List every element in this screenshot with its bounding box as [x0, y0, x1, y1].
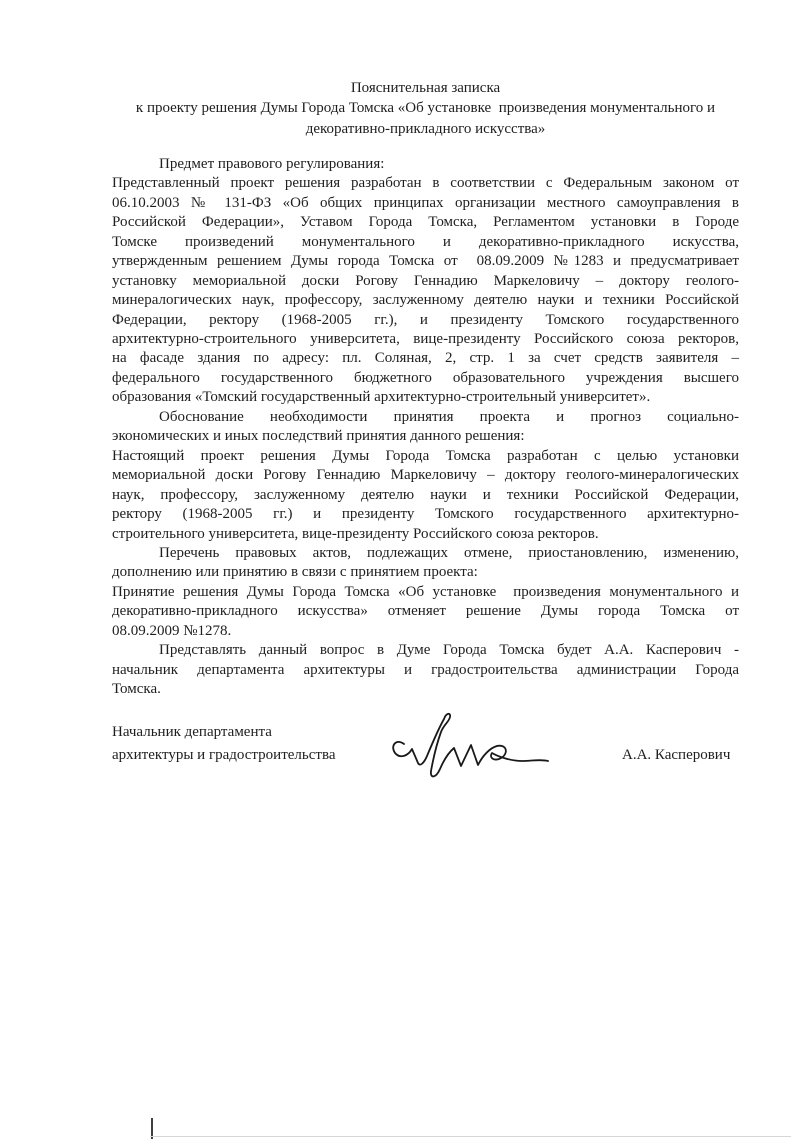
- text-line: Российской Федерации», Уставом Города То…: [112, 213, 739, 232]
- text-line: Предмет правового регулирования:: [112, 155, 739, 174]
- text-line: строительного университета, вице-президе…: [112, 525, 739, 544]
- title-line: Пояснительная записка: [112, 78, 739, 98]
- text-line: Федерации, ректору (1968-2005 гг.), и пр…: [112, 311, 739, 330]
- text-line: федерального государственного бюджетного…: [112, 369, 739, 388]
- signature-scribble: [388, 708, 560, 800]
- text-line: 08.09.2009 №1278.: [112, 622, 739, 641]
- text-line: Обоснование необходимости принятия проек…: [112, 408, 739, 427]
- text-line: Представленный проект решения разработан…: [112, 174, 739, 193]
- text-line: на фасаде здания по адресу: пл. Соляная,…: [112, 349, 739, 368]
- text-line: Представлять данный вопрос в Думе Города…: [112, 641, 739, 660]
- text-line: мемориальной доски Рогову Геннадию Марке…: [112, 466, 739, 485]
- scan-artifact-bottom-line: [150, 1136, 791, 1137]
- text-line: Перечень правовых актов, подлежащих отме…: [112, 544, 739, 563]
- text-line: Томске произведений монументального и де…: [112, 233, 739, 252]
- text-line: Томска.: [112, 680, 739, 699]
- text-line: образования «Томский государственный арх…: [112, 388, 739, 407]
- text-line: минералогических наук, профессору, заслу…: [112, 291, 739, 310]
- text-line: ректору (1968-2005 гг.) и президенту Том…: [112, 505, 739, 524]
- document-title: Пояснительная запискак проекту решения Д…: [112, 78, 739, 139]
- title-line: к проекту решения Думы Города Томска «Об…: [112, 98, 739, 118]
- text-line: Настоящий проект решения Думы Города Том…: [112, 447, 739, 466]
- text-line: 06.10.2003 № 131-ФЗ «Об общих принципах …: [112, 194, 739, 213]
- signer-position: Начальник департаментаархитектуры и град…: [112, 721, 335, 766]
- text-line: дополнению или принятию в связи с принят…: [112, 563, 739, 582]
- body-text: Предмет правового регулирования:Представ…: [112, 155, 739, 700]
- signer-position-line: Начальник департамента: [112, 721, 335, 744]
- text-line: установку мемориальной доски Рогову Генн…: [112, 272, 739, 291]
- signature-ink-path: [393, 714, 548, 777]
- text-line: начальник департамента архитектуры и гра…: [112, 661, 739, 680]
- text-line: утвержденным решением Думы города Томска…: [112, 252, 739, 271]
- text-line: Принятие решения Думы Города Томска «Об …: [112, 583, 739, 602]
- document-content: Пояснительная запискак проекту решения Д…: [112, 78, 739, 700]
- signer-name: А.А. Касперович: [622, 746, 730, 764]
- text-line: экономических и иных последствий приняти…: [112, 427, 739, 446]
- text-line: декоративно-прикладного искусства» отмен…: [112, 602, 739, 621]
- signer-position-line: архитектуры и градостроительства: [112, 744, 335, 767]
- text-line: наук, профессору, заслуженному деятелю н…: [112, 486, 739, 505]
- text-line: архитектурно-строительного университета,…: [112, 330, 739, 349]
- document-page: Пояснительная запискак проекту решения Д…: [0, 0, 807, 1140]
- title-line: декоративно-прикладного искусства»: [112, 119, 739, 139]
